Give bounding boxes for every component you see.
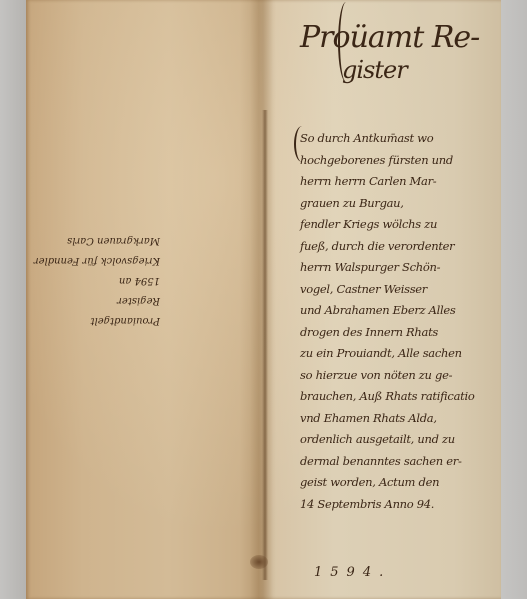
manuscript-body: So durch Antkum̄ast wo hochgeborenes für…: [300, 128, 490, 515]
body-line: So durch Antkum̄ast wo: [300, 128, 490, 150]
body-line: fendler Kriegs wölchs zu: [300, 214, 490, 236]
body-line: zu ein Prouiandt, Alle sachen: [300, 343, 490, 365]
side-note-line: Markgrauen Carls: [30, 230, 160, 250]
margin-flourish: [294, 126, 310, 162]
body-line: drogen des Innern Rhats: [300, 322, 490, 344]
ink-stain: [250, 555, 268, 569]
body-line: ordenlich ausgetailt, und zu: [300, 429, 490, 451]
side-note-inverted: Prouiandtgelt Register 1594 an Kriegsvol…: [30, 230, 160, 330]
body-line: grauen zu Burgau,: [300, 193, 490, 215]
background-right: [499, 0, 527, 599]
body-line: herrn herrn Carlen Mar-: [300, 171, 490, 193]
body-line: fueß, durch die verordenter: [300, 236, 490, 258]
title-line-2: gister: [300, 54, 479, 86]
body-line: herrn Walspurger Schön-: [300, 257, 490, 279]
body-line: dermal benanntes sachen er-: [300, 451, 490, 473]
body-line: 14 Septembris Anno 94.: [300, 494, 490, 516]
side-note-line: Prouiandtgelt: [30, 310, 160, 330]
side-note-line: Register: [30, 290, 160, 310]
title-line-1: Proüamt Re-: [300, 20, 479, 55]
body-line: hochgeborenes fürsten und: [300, 150, 490, 172]
body-line: vnd Ehamen Rhats Alda,: [300, 408, 490, 430]
body-line: und Abrahamen Eberz Alles: [300, 300, 490, 322]
side-note-line: 1594 an: [30, 270, 160, 290]
body-line: brauchen, Auß Rhats ratificatio: [300, 386, 490, 408]
side-note-line: Kriegsvolck für Fenndler: [30, 250, 160, 270]
date-footer: 1594.: [314, 565, 391, 580]
manuscript-title: Proüamt Re- gister: [300, 22, 479, 86]
fold-crease: [262, 110, 268, 580]
body-line: geist worden, Actum den: [300, 472, 490, 494]
body-line: so hierzue von nöten zu ge-: [300, 365, 490, 387]
body-line: vogel, Castner Weisser: [300, 279, 490, 301]
title-flourish: [338, 2, 354, 82]
